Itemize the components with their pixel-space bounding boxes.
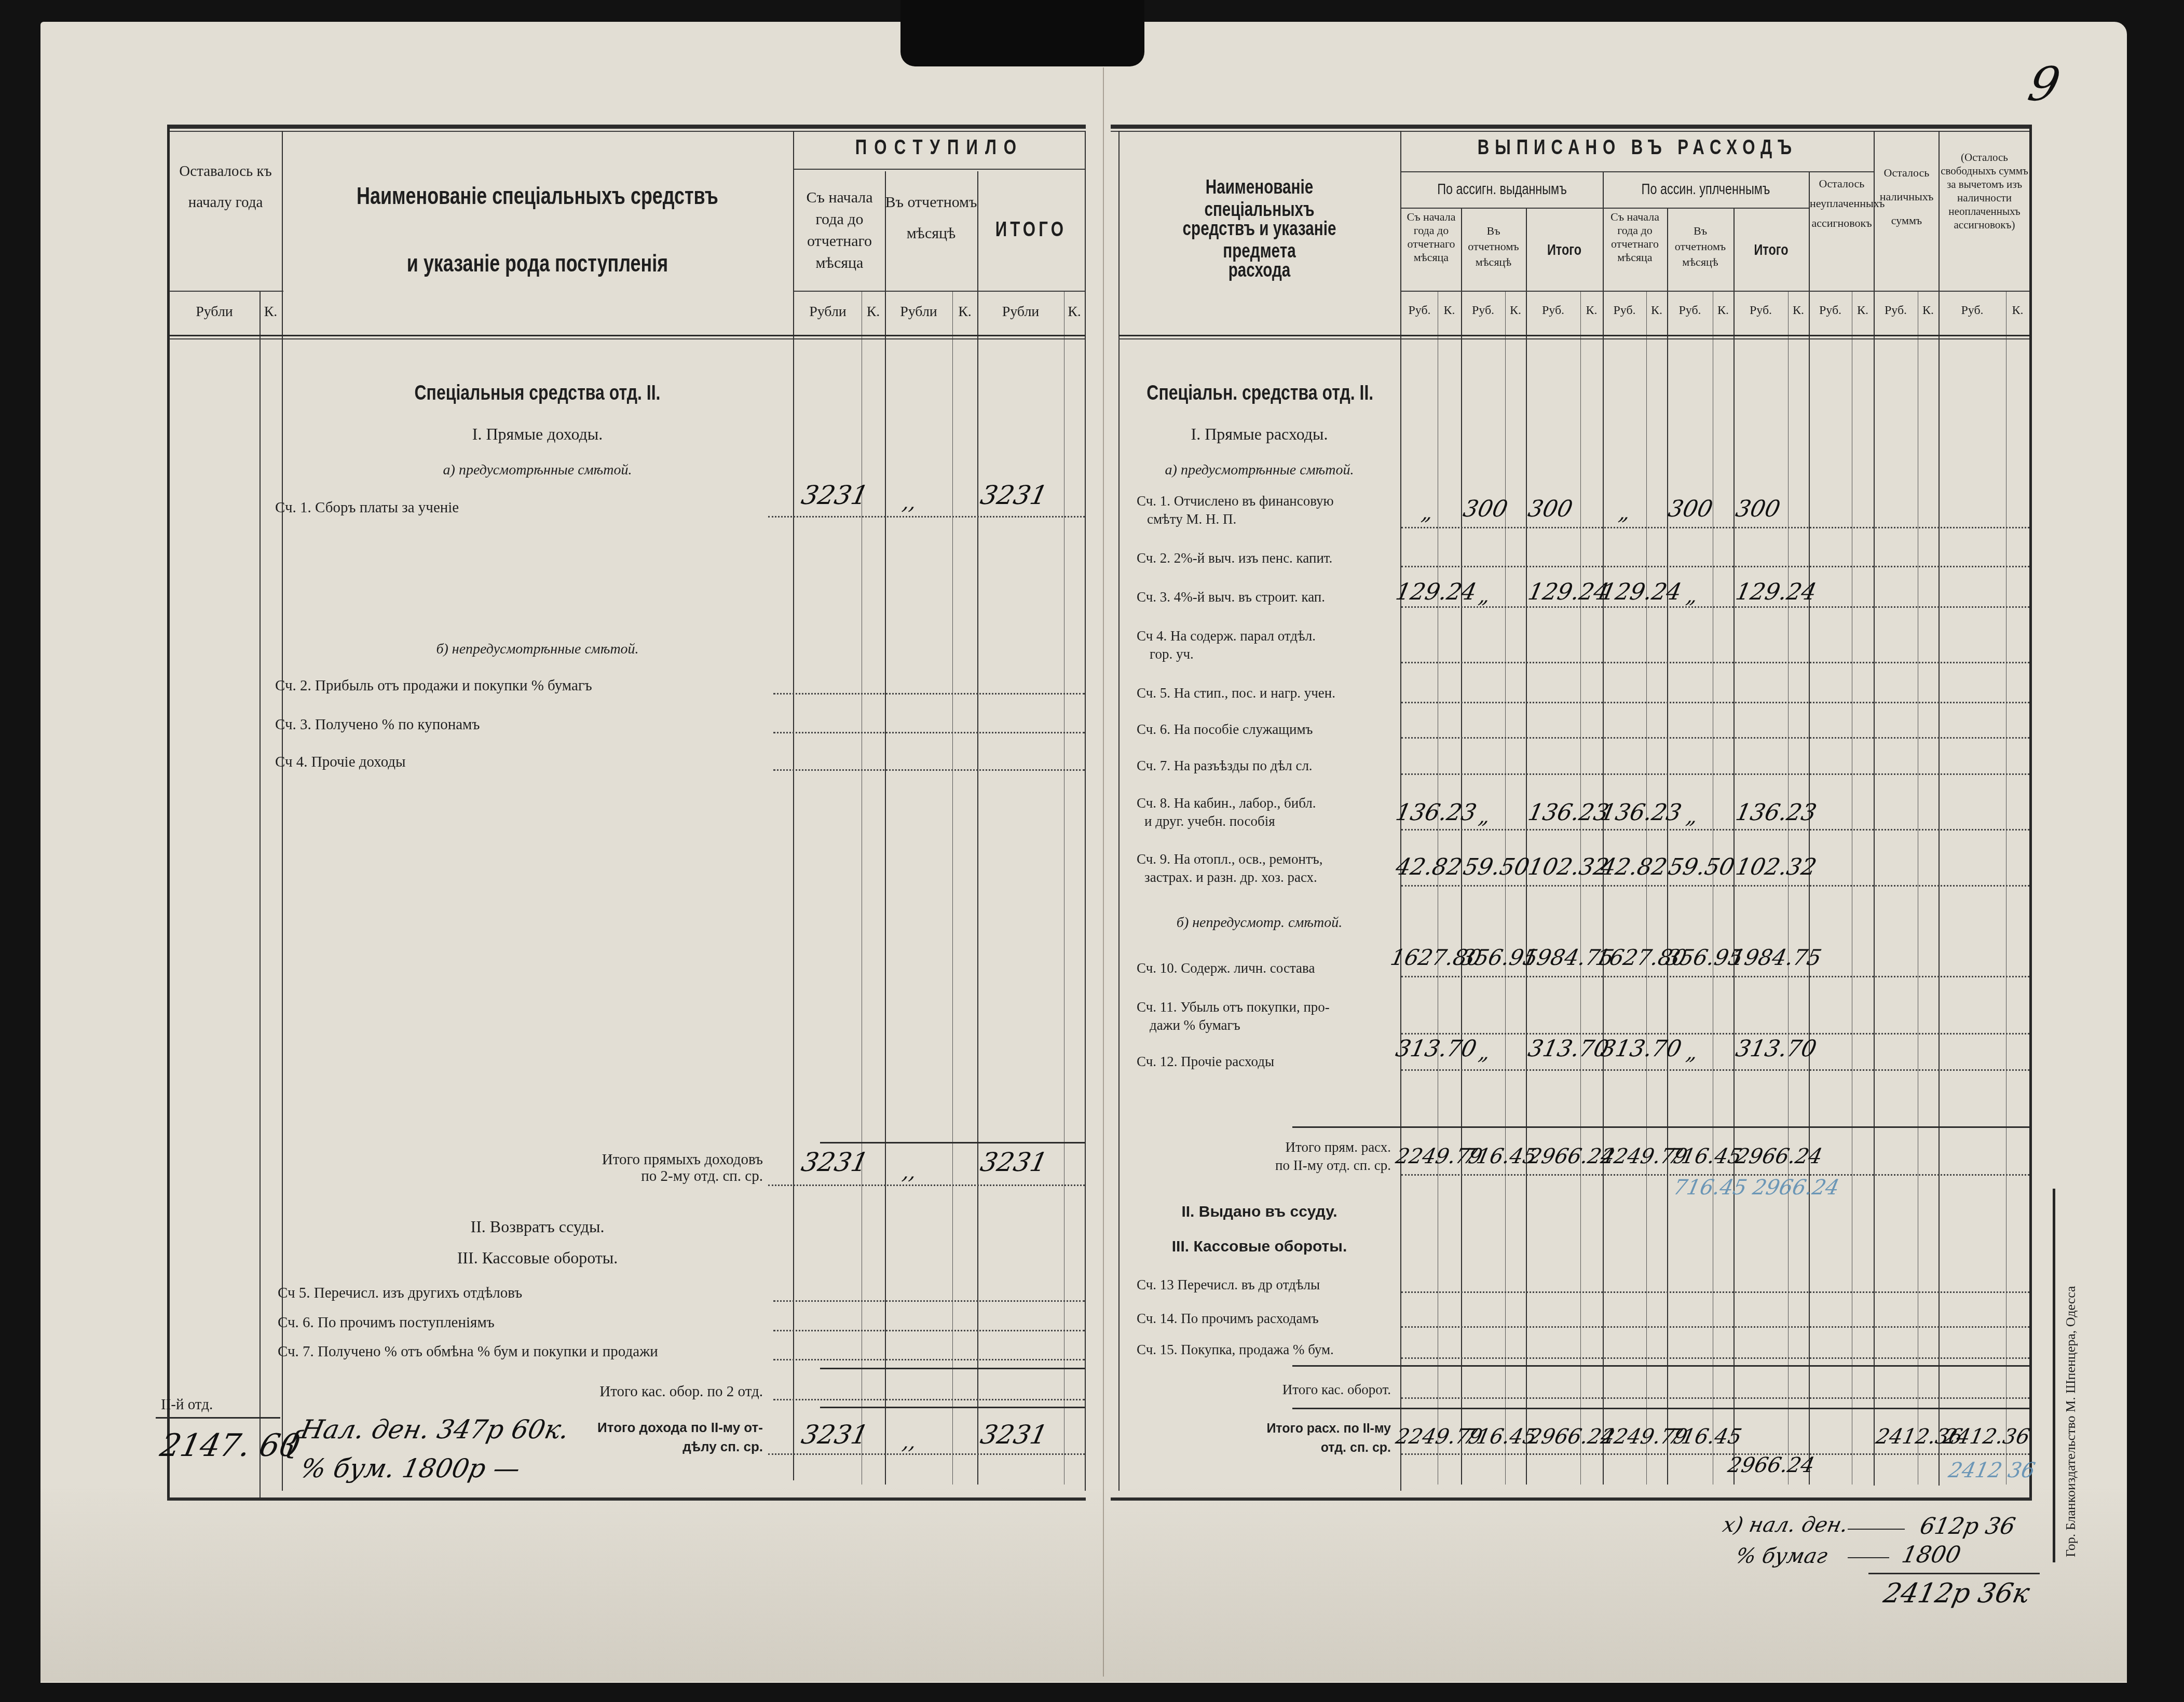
cell: 300: [1461, 496, 1510, 522]
header-paid-total: Итого: [1742, 241, 1800, 259]
row-leader: [773, 769, 1085, 771]
blue-pencil-total: 2412 36: [1946, 1459, 2037, 1482]
rule: [1401, 208, 1809, 209]
bottom-rule: [167, 1497, 1086, 1501]
cell: 313.70: [1599, 1036, 1684, 1062]
cell: 102.32: [1733, 854, 1819, 880]
center-fold: [1103, 67, 1104, 1677]
header-issued-this-month: Въ отчетномъ мѣсяцѣ: [1461, 223, 1526, 270]
row-leader: [773, 693, 1085, 695]
top-rule-thin: [1111, 131, 2032, 132]
unit-rub: Руб.: [1939, 304, 2006, 318]
cell: 59.50: [1461, 854, 1532, 880]
cell: 129.24: [1526, 579, 1612, 605]
header-name-2: средствъ и указаніе предмета: [1150, 218, 1370, 263]
part-1-title: I. Прямые расходы.: [1118, 425, 1400, 444]
cell: 129.24: [1599, 579, 1684, 605]
free-remaining: 2412.36: [1941, 1425, 2032, 1449]
header-cash: Осталось наличныхъ суммъ: [1875, 161, 1939, 233]
rule: [169, 291, 283, 292]
footnote-cash-value: 612р 36: [1918, 1513, 2018, 1540]
row-leader: [1401, 1453, 2029, 1455]
rule: [794, 291, 1085, 292]
cell: 102.32: [1526, 854, 1612, 880]
row-leader: [1401, 1291, 2029, 1293]
part-3-title: III. Кассовые обороты.: [282, 1248, 793, 1268]
row-leader: [1401, 527, 2029, 528]
part-1-title: I. Прямые доходы.: [282, 425, 793, 444]
blue-pencil-correction: 716.45 2966.24: [1671, 1176, 1841, 1200]
row-leader: [768, 516, 1085, 518]
rule: [794, 169, 1085, 170]
row-leader: [1401, 1069, 2029, 1071]
col-divider-k: [1713, 291, 1713, 1485]
row-leader: [768, 1453, 1085, 1455]
cell: 136.23: [1394, 799, 1479, 826]
row-leader: [1401, 829, 2029, 830]
total-cash-label: Итого кас. оборот.: [1142, 1382, 1391, 1398]
unit-kop: К.: [2006, 304, 2029, 318]
footnote-securities-label: % бумаг: [1733, 1544, 1830, 1568]
top-rule: [1111, 125, 2032, 129]
outer-frame: [2053, 1189, 2055, 1562]
unit-kop: К.: [862, 304, 885, 320]
subtotal-rule: [820, 1368, 1085, 1369]
unit-kop: К.: [1852, 304, 1874, 318]
header-bottom-rule: [169, 335, 1085, 336]
row-leader: [768, 1184, 1085, 1186]
cash-row-label: Сч. 13 Перечисл. въ др отдѣлы: [1137, 1277, 1320, 1293]
total-direct-label-1: Итого прямыхъ доходовъ: [519, 1151, 763, 1168]
footnote-leader: [1848, 1529, 1905, 1530]
col-divider-k: [1064, 291, 1064, 1485]
unit-kop: К.: [1580, 304, 1603, 318]
footnote-sum-rule: [1868, 1573, 2040, 1574]
cell: 313.70: [1394, 1036, 1479, 1062]
total-direct-label-2: по 2-му отд. сп. ср.: [519, 1168, 763, 1185]
footnote-securities-value: 1800: [1900, 1542, 1963, 1568]
row-label: смѣту М. Н. П.: [1147, 511, 1236, 527]
total-income-total: 3231: [978, 1420, 1050, 1450]
row-label: Сч. 2. 2%-й выч. изъ пенс. капит.: [1137, 550, 1332, 566]
subtotal-rule: [1292, 1126, 2029, 1128]
header-from-start: Съ начала года до отчетнаго мѣсяца: [794, 187, 885, 274]
header-total: ИТОГО: [989, 218, 1073, 241]
col-divider-k: [1646, 291, 1647, 1485]
bottom-rule: [1111, 1497, 2032, 1501]
header-name-2: и указаніе рода поступленія: [338, 249, 736, 277]
col-divider-k: [952, 291, 953, 1485]
cell: 1984.75: [1728, 945, 1824, 970]
col-divider: [793, 131, 794, 1480]
col-divider-k: [1788, 291, 1789, 1485]
unit-rub: Руб.: [1874, 304, 1918, 318]
cell-from-start: 3231: [799, 480, 871, 510]
unit-rub: Руб.: [1809, 304, 1852, 318]
printer-imprint: Гор. Бланкоиздательство М. Шпенцера, Оде…: [2063, 1286, 2079, 1557]
rule: [1401, 291, 2029, 292]
row-leader: [773, 1300, 1085, 1302]
unit-kop: К.: [260, 304, 282, 320]
unit-rub: Руб.: [1526, 304, 1580, 318]
col-divider-k: [2006, 291, 2006, 1485]
header-received: ПОСТУПИЛО: [826, 136, 1053, 159]
cell: 136.23: [1526, 799, 1612, 826]
unit-kop: К.: [1788, 304, 1809, 318]
cell: 136.23: [1599, 799, 1684, 826]
col-divider-k: [1438, 291, 1438, 1485]
cell: 136.23: [1733, 799, 1819, 826]
row-label: Сч. 7. На разъѣзды по дѣл сл.: [1137, 758, 1313, 774]
unit-kop: К.: [952, 304, 977, 320]
total-exp-label-2: отд. сп. ср.: [1142, 1440, 1391, 1455]
row-label: Сч. 2. Прибыль отъ продажи и покупки % б…: [275, 677, 592, 695]
unit-rub: Руб.: [1733, 304, 1788, 318]
col-divider: [1939, 131, 1940, 1486]
cell: 300: [1526, 496, 1575, 522]
row-label: Сч. 5. На стип., пос. и нагр. учен.: [1137, 685, 1335, 701]
cash-row-label: Сч. 7. Получено % отъ обмѣна % бум и пок…: [278, 1343, 658, 1360]
total-direct-label-1: Итого прям. расх.: [1142, 1139, 1391, 1155]
footnote-cash-label: х) нал. ден.: [1721, 1513, 1850, 1537]
row-label: Сч. 12. Прочіе расходы: [1137, 1054, 1274, 1070]
header-name-3: расхода: [1150, 260, 1370, 282]
row-label: и друг. учебн. пособія: [1144, 813, 1275, 829]
row-label: Сч. 1. Сборъ платы за ученіе: [275, 499, 459, 516]
header-paid-from-start: Съ начала года до отчетнаго мѣсяца: [1603, 210, 1667, 264]
subtotal-rule: [1292, 1408, 2029, 1409]
section-title: Спеціальныя средства отд. II.: [333, 382, 742, 405]
footnote-leader: [1848, 1557, 1889, 1558]
header-written-off: ВЫПИСАНО ВЪ РАСХОДЪ: [1453, 136, 1822, 159]
col-divider: [1733, 208, 1735, 1485]
row-label: Сч. 11. Убыль отъ покупки, про-: [1137, 999, 1330, 1015]
row-leader: [1401, 606, 2029, 608]
subtotal-rule: [1292, 1365, 2029, 1367]
unit-rub: Рубли: [885, 304, 952, 320]
header-remaining: Оставалось къ началу года: [169, 156, 282, 218]
cell-total: 3231: [978, 480, 1050, 510]
header-bottom-rule-thin: [1118, 338, 2029, 339]
header-paid-group: По ассин. уплченнымъ: [1626, 181, 1786, 198]
unit-kop: К.: [1918, 304, 1939, 318]
cell: 129.24: [1733, 579, 1819, 605]
left-frame: [167, 125, 170, 1500]
unit-kop: К.: [1646, 304, 1667, 318]
col-divider: [1603, 171, 1604, 1485]
cell: 59.50: [1666, 854, 1737, 880]
row-label: Сч. 3. Получено % по купонамъ: [275, 716, 480, 733]
total-income-from-start: 3231: [799, 1420, 871, 1450]
cell: 313.70: [1526, 1036, 1612, 1062]
unit-kop: К.: [1505, 304, 1526, 318]
footnote-sum: 2412р 36к: [1881, 1578, 2032, 1609]
row-label: застрах. и разн. др. хоз. расх.: [1144, 869, 1317, 886]
header-issued-total: Итого: [1534, 241, 1594, 259]
unit-rub: Рубли: [169, 304, 260, 320]
header-issued-group: По ассигн. выданнымъ: [1424, 181, 1581, 198]
unit-rub: Руб.: [1461, 304, 1505, 318]
remaining-rule: [156, 1417, 280, 1419]
row-leader: [1401, 737, 2029, 739]
unit-rub: Руб.: [1401, 304, 1438, 318]
sub-a-title: а) предусмотрѣнные смѣтой.: [1118, 462, 1400, 479]
header-free: (Осталось свободныхъ суммъ за вычетомъ и…: [1940, 151, 2029, 232]
col-divider: [885, 171, 886, 1485]
right-frame: [1085, 131, 1086, 1491]
unit-kop: К.: [1438, 304, 1461, 318]
col-divider: [1809, 171, 1810, 1485]
part-3-title: III. Кассовые обороты.: [1118, 1238, 1400, 1256]
row-label: Сч. 8. На кабин., лабор., библ.: [1137, 795, 1316, 811]
right-frame: [2029, 125, 2032, 1500]
row-label: Сч. 6. На пособіе служащимъ: [1137, 721, 1313, 738]
row-leader: [1401, 1326, 2029, 1328]
header-issued-from-start: Съ начала года до отчетнаго мѣсяца: [1401, 210, 1461, 264]
cell: 716.45: [1666, 1425, 1744, 1449]
row-leader: [773, 732, 1085, 733]
total-direct-label-2: по II-му отд. сп. ср.: [1142, 1158, 1391, 1174]
row-leader: [1401, 566, 2029, 567]
subtotal-rule: [820, 1407, 1085, 1408]
binder-clip: [900, 0, 1144, 66]
part-2-title: II. Возвратъ ссуды.: [282, 1217, 793, 1236]
cell: 300: [1733, 496, 1783, 522]
col-divider: [977, 171, 978, 1485]
header-unpaid: Осталось неуплаченныхъ ассигновокъ: [1810, 174, 1874, 233]
cell: 42.82: [1599, 854, 1670, 880]
unit-rub: Руб.: [1667, 304, 1713, 318]
header-bottom-rule: [1118, 335, 2029, 336]
row-leader: [1401, 1397, 2029, 1399]
total-direct-total: 3231: [978, 1147, 1050, 1177]
row-label: Сч. 3. 4%-й выч. въ строит. кап.: [1137, 589, 1325, 605]
row-leader: [1401, 662, 2029, 663]
remaining-label: II-й отд.: [161, 1396, 213, 1413]
note-cash: Нал. ден. 347р 60к.: [298, 1414, 572, 1445]
col-divider-k: [1852, 291, 1852, 1485]
row-label: Сч. 1. Отчислено въ финансовую: [1137, 493, 1334, 509]
cell: 42.82: [1394, 854, 1465, 880]
top-rule: [167, 125, 1086, 129]
unit-rub: Рубли: [794, 304, 862, 320]
cell: 2966.24: [1733, 1145, 1824, 1168]
row-leader: [1401, 976, 2029, 977]
header-name-1: Наименованіе спеціальныхъ: [1150, 176, 1370, 221]
row-leader: [773, 1399, 1085, 1400]
row-leader: [1401, 1033, 2029, 1034]
cell: 313.70: [1733, 1036, 1819, 1062]
cell: 2966.24: [1726, 1453, 1817, 1477]
cell: 129.24: [1394, 579, 1479, 605]
total-exp-label-1: Итого расх. по II-му: [1142, 1421, 1391, 1436]
total-cash-label: Итого кас. обор. по 2 отд.: [519, 1383, 763, 1400]
note-securities: % бум. 1800р —: [298, 1453, 523, 1483]
subtotal-rule: [820, 1142, 1085, 1143]
total-direct-from-start: 3231: [799, 1147, 871, 1177]
unit-rub: Рубли: [977, 304, 1064, 320]
cash-row-label: Сч. 14. По прочимъ расходамъ: [1137, 1311, 1319, 1327]
cash-row-label: Сч. 15. Покупка, продажа % бум.: [1137, 1342, 1334, 1358]
row-label: дажи % бумагъ: [1150, 1017, 1240, 1033]
row-leader: [1401, 1357, 2029, 1359]
unit-kop: К.: [1064, 304, 1085, 320]
cell: 300: [1666, 496, 1715, 522]
header-paid-this-month: Въ отчетномъ мѣсяцѣ: [1667, 223, 1733, 270]
header-bottom-rule-thin: [169, 338, 1085, 339]
row-label: Сч 4. На содерж. парал отдѣл.: [1137, 628, 1316, 644]
row-leader: [773, 1359, 1085, 1360]
row-label: Сч. 9. На отопл., осв., ремонтъ,: [1137, 851, 1322, 867]
col-divider-k: [1580, 291, 1581, 1485]
col-divider: [1526, 208, 1527, 1485]
unit-rub: Руб.: [1603, 304, 1646, 318]
col-divider-k: [1505, 291, 1506, 1485]
col-divider: [1461, 208, 1462, 1485]
part-2-title: II. Выдано въ ссуду.: [1118, 1203, 1400, 1221]
rule: [1401, 171, 1874, 172]
sub-a-title: а) предусмотрѣнные смѣтой.: [282, 462, 793, 479]
header-name-1: Наименованіе спеціальныхъ средствъ: [338, 182, 736, 210]
row-leader: [1401, 773, 2029, 775]
row-leader: [1401, 885, 2029, 887]
col-divider: [1874, 131, 1875, 1486]
row-label: Сч 4. Прочіе доходы: [275, 754, 406, 771]
unit-kop: К.: [1713, 304, 1733, 318]
col-divider-k: [862, 291, 862, 1485]
col-divider: [1667, 208, 1668, 1485]
sub-b-title: б) непредусмотр. смѣтой.: [1118, 915, 1400, 931]
section-title: Спеціальн. средства отд. II.: [1146, 382, 1372, 405]
header-this-month: Въ отчетномъ мѣсяцѣ: [885, 187, 977, 249]
row-label: Сч. 10. Содерж. личн. состава: [1137, 960, 1315, 976]
cell: 716.45: [1666, 1145, 1744, 1168]
cash-row-label: Сч. 6. По прочимъ поступленіямъ: [278, 1314, 495, 1331]
col-divider-k: [1918, 291, 1918, 1485]
row-leader: [1401, 702, 2029, 703]
row-leader: [773, 1330, 1085, 1331]
top-rule-thin: [167, 131, 1086, 132]
col-divider-k: [260, 291, 261, 1500]
sub-b-title: б) непредусмотрѣнные смѣтой.: [282, 641, 793, 658]
cash-row-label: Сч 5. Перечисл. изъ другихъ отдѣловъ: [278, 1285, 522, 1302]
row-label: гор. уч.: [1150, 646, 1194, 662]
